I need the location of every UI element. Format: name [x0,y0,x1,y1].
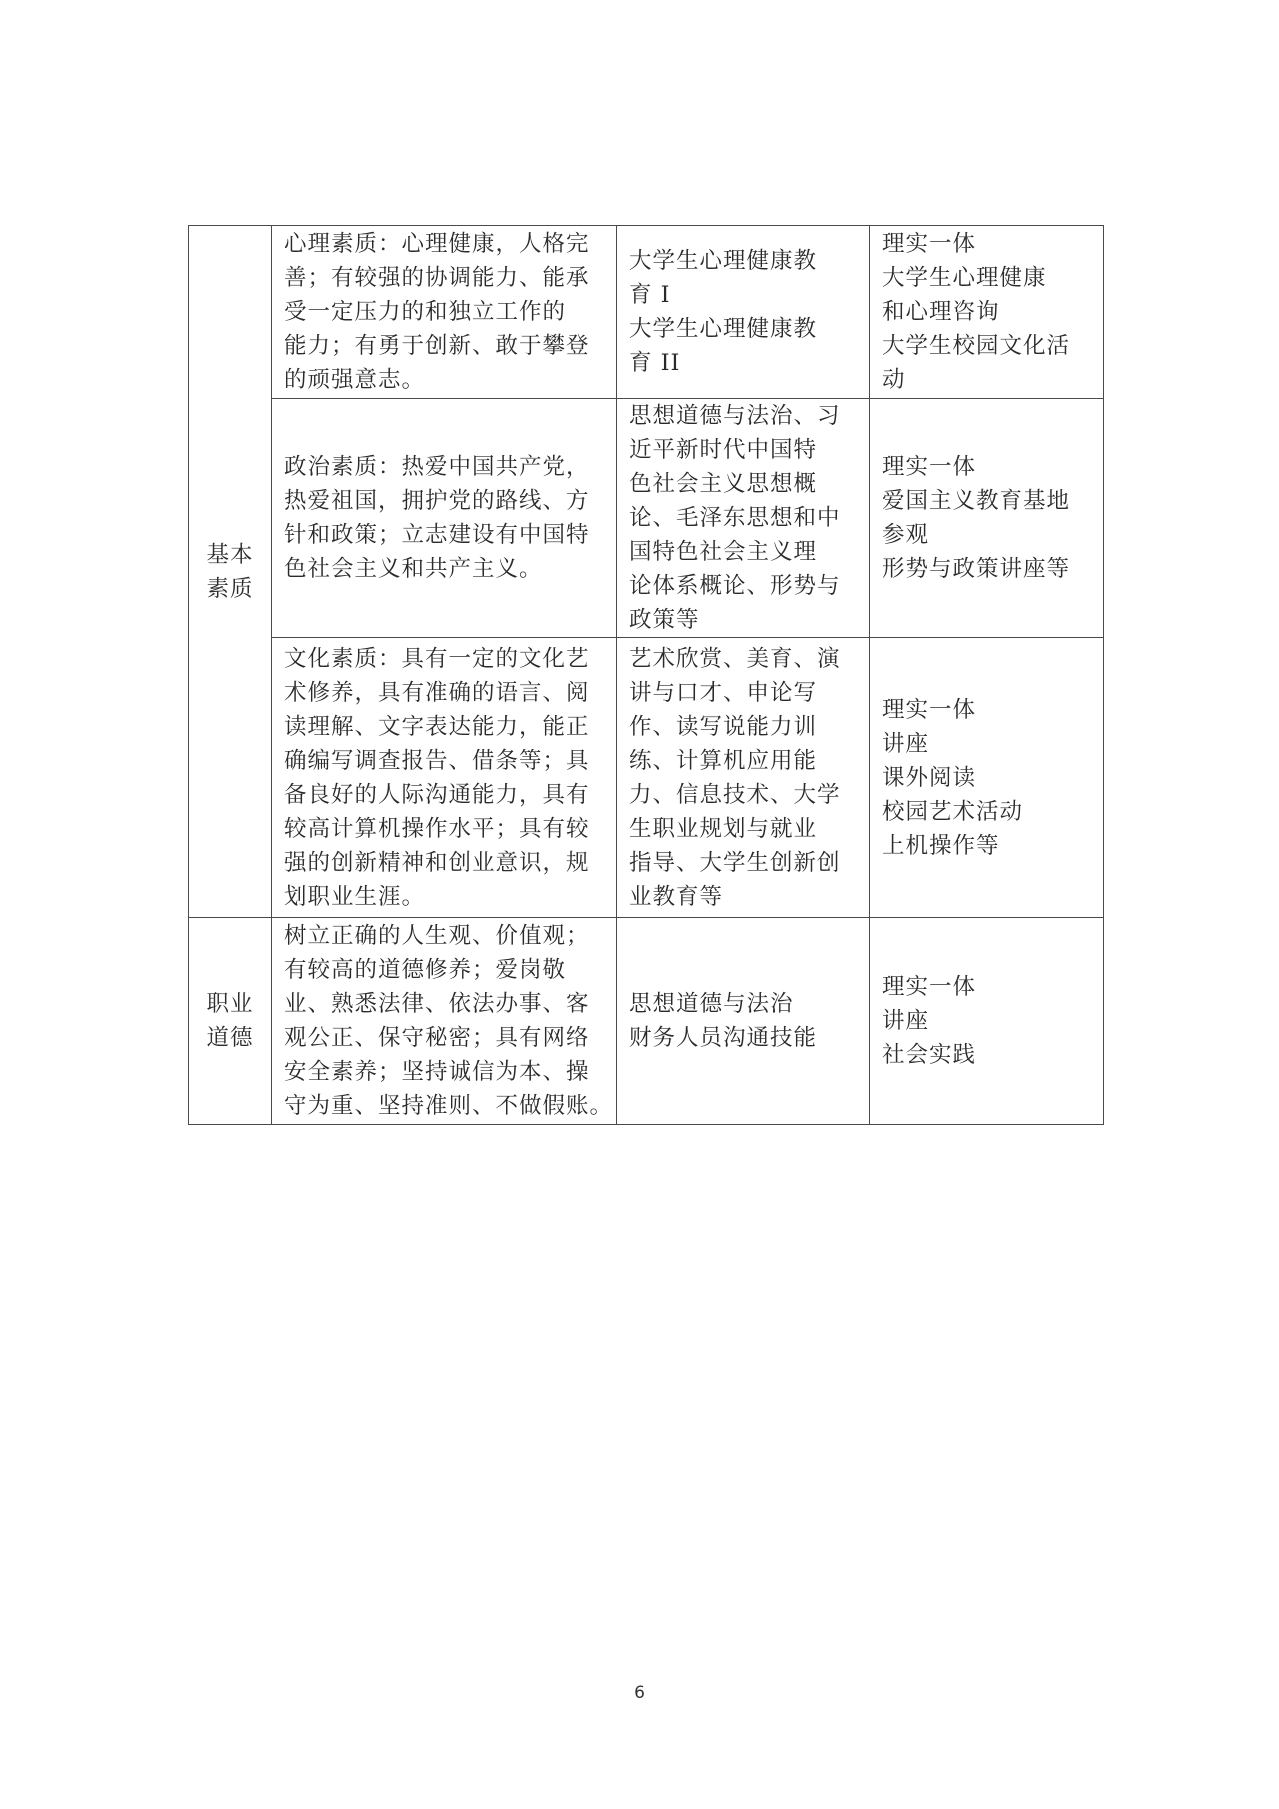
courses-cell: 大学生心理健康教 育 I 大学生心理健康教 育 II [617,226,870,399]
courses-cell: 艺术欣赏、美育、演 讲与口才、申论写 作、读写说能力训 练、计算机应用能 力、信… [617,638,870,918]
table-row: 文化素质：具有一定的文化艺 术修养，具有准确的语言、阅 读理解、文字表达能力，能… [189,638,1104,918]
document-page: 基本 素质 心理素质：心理健康，人格完 善；有较强的协调能力、能承 受一定压力的… [0,0,1279,1809]
requirement-cell: 心理素质：心理健康，人格完 善；有较强的协调能力、能承 受一定压力的和独立工作的… [272,226,617,399]
table-row: 职业 道德 树立正确的人生观、价值观； 有较高的道德修养；爱岗敬 业、熟悉法律、… [189,918,1104,1125]
requirement-cell: 树立正确的人生观、价值观； 有较高的道德修养；爱岗敬 业、熟悉法律、依法办事、客… [272,918,617,1125]
methods-cell: 理实一体 爱国主义教育基地 参观 形势与政策讲座等 [870,399,1104,638]
table-row: 基本 素质 心理素质：心理健康，人格完 善；有较强的协调能力、能承 受一定压力的… [189,226,1104,399]
methods-cell: 理实一体 大学生心理健康 和心理咨询 大学生校园文化活 动 [870,226,1104,399]
methods-cell: 理实一体 讲座 课外阅读 校园艺术活动 上机操作等 [870,638,1104,918]
courses-cell: 思想道德与法治 财务人员沟通技能 [617,918,870,1125]
requirement-cell: 政治素质：热爱中国共产党， 热爱祖国，拥护党的路线、方 针和政策；立志建设有中国… [272,399,617,638]
table-row: 政治素质：热爱中国共产党， 热爱祖国，拥护党的路线、方 针和政策；立志建设有中国… [189,399,1104,638]
category-cell-professional-ethics: 职业 道德 [189,918,272,1125]
courses-cell: 思想道德与法治、习 近平新时代中国特 色社会主义思想概 论、毛泽东思想和中 国特… [617,399,870,638]
quality-requirements-table: 基本 素质 心理素质：心理健康，人格完 善；有较强的协调能力、能承 受一定压力的… [188,225,1104,1125]
category-cell-basic-quality: 基本 素质 [189,226,272,918]
page-number: 6 [0,1683,1279,1703]
methods-cell: 理实一体 讲座 社会实践 [870,918,1104,1125]
requirement-cell: 文化素质：具有一定的文化艺 术修养，具有准确的语言、阅 读理解、文字表达能力，能… [272,638,617,918]
